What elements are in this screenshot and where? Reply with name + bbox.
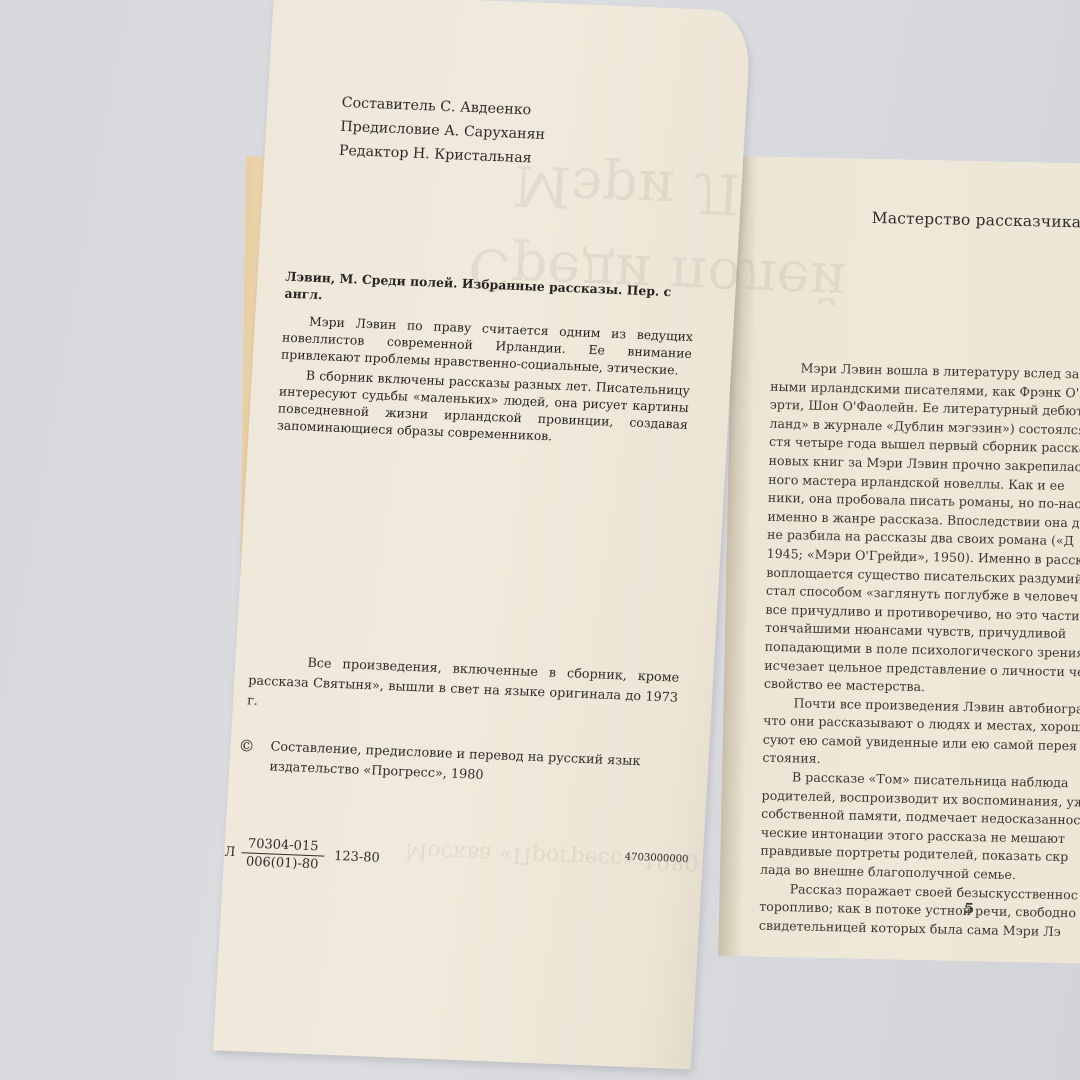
- publication-note-text: Все произведения, включенные в сборник, …: [247, 651, 680, 728]
- copyright-text: Составление, предисловие и перевод на ру…: [269, 737, 679, 793]
- publisher-index-code: Л 70304-015 006(01)-80 123-80: [223, 836, 380, 875]
- publication-note: Все произведения, включенные в сборник, …: [247, 651, 680, 728]
- annotation-paragraph: В сборник включены рассказы разных лет. …: [277, 366, 691, 450]
- credits-block: Составитель С. Авдеенко Предисловие А. С…: [338, 91, 547, 171]
- right-page-body: Мэри Лэвин вошла в литературу вслед за т…: [759, 359, 1080, 944]
- index-denominator: 006(01)-80: [240, 853, 323, 872]
- copyright-icon: ©: [238, 736, 255, 757]
- index-code-number: 123-80: [334, 849, 381, 866]
- index-fraction: 70304-015 006(01)-80: [240, 836, 324, 872]
- page-number: 5: [964, 901, 974, 917]
- show-through-text: Мэри Л: [511, 152, 741, 226]
- index-letter: Л: [224, 845, 236, 860]
- left-page[interactable]: Мэри Л Среди полей Москва «Прогресс» 198…: [213, 0, 752, 1069]
- bibliographic-entry: Лэвин, М. Среди полей. Избранные рассказ…: [277, 268, 696, 450]
- chapter-title: Мастерство рассказчика: [872, 209, 1080, 231]
- copyright-notice: © Составление, предисловие и перевод на …: [237, 736, 679, 794]
